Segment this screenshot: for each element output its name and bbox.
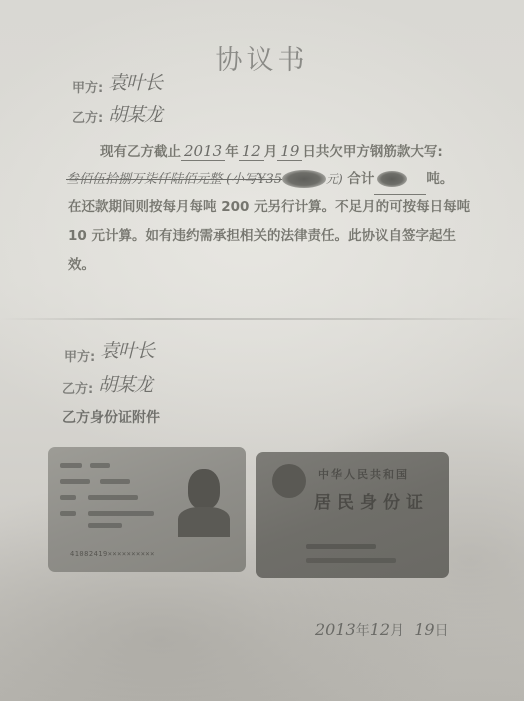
- id-country: 中华人民共和国: [318, 466, 409, 482]
- amount-written: 叁佰伍拾捌万柒仟陆佰元整 (小写¥35: [66, 172, 282, 187]
- redaction-blot: [282, 170, 326, 188]
- signed-day-suffix: 日: [435, 623, 449, 639]
- body-line-2: 叁佰伍拾捌万柒仟陆佰元整 (小写¥35元) 合计吨。: [66, 165, 486, 195]
- signed-month-suffix: 月: [390, 623, 404, 639]
- footer-party-a-label: 甲方:: [64, 346, 95, 365]
- footer-party-a-signature: 袁叶长: [100, 336, 154, 363]
- total-tons-field: [374, 165, 426, 195]
- debt-day: 19: [277, 142, 302, 161]
- party-a-signature: 袁叶长: [108, 68, 162, 95]
- national-emblem-icon: [272, 464, 306, 498]
- id-number: 41082419××××××××××: [70, 550, 155, 558]
- signed-day: 19: [414, 620, 434, 639]
- id-card-title: 居民身份证: [314, 488, 429, 513]
- signed-year: 2013: [315, 620, 356, 639]
- body-line-1: 现有乙方截止2013年12月19日共欠甲方钢筋款大写:: [100, 137, 480, 167]
- amount-tail: 元): [326, 172, 343, 186]
- document-title: 协议书: [0, 38, 524, 77]
- debt-month: 12: [239, 142, 264, 161]
- party-a-label: 甲方:: [72, 77, 103, 96]
- party-b-label: 乙方:: [72, 107, 103, 126]
- id-portrait-photo: [178, 465, 230, 537]
- total-label: 合计: [347, 171, 374, 187]
- month-suffix: 月: [264, 144, 278, 160]
- signed-year-suffix: 年: [356, 623, 370, 639]
- body-line1-suffix: 日共欠甲方钢筋款大写:: [302, 144, 442, 160]
- year-suffix: 年: [225, 144, 239, 160]
- id-card-back: 中华人民共和国 居民身份证: [256, 452, 449, 578]
- id-attachment-label: 乙方身份证附件: [62, 407, 160, 427]
- footer-party-b-signature: 胡某龙: [98, 370, 152, 397]
- body-line1-prefix: 现有乙方截止: [100, 144, 181, 160]
- debt-year: 2013: [181, 142, 225, 161]
- id-card-front: 41082419××××××××××: [48, 447, 246, 572]
- paper-fold-line: [0, 318, 524, 320]
- signed-month: 12: [370, 620, 390, 639]
- body-paragraph: 在还款期间则按每月每吨 200 元另行计算。不足月的可按每日每吨 10 元计算。…: [68, 193, 478, 280]
- footer-party-b-label: 乙方:: [62, 378, 93, 397]
- party-b-signature: 胡某龙: [108, 100, 162, 127]
- signed-date: 2013年12月 19日: [315, 620, 449, 640]
- redaction-blot: [377, 171, 407, 187]
- total-unit: 吨。: [426, 171, 453, 187]
